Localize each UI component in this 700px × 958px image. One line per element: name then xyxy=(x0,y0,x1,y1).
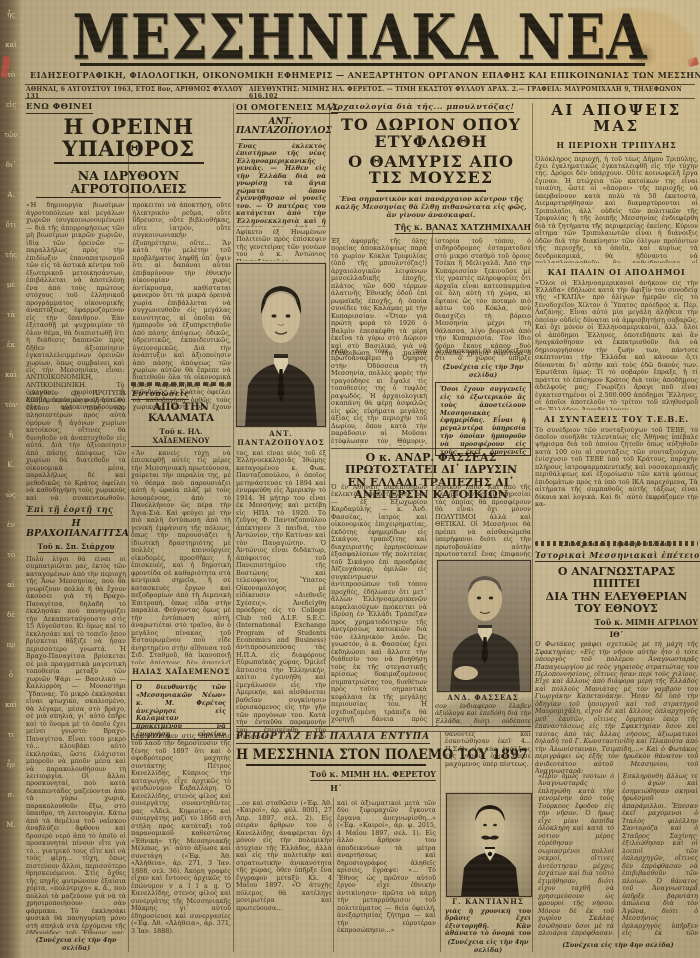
article-kalamata: Ἐντυπώσεις ΑΠΟ ΤΗΝ ΚΑΛΑΜΑΤΑ Τοῦ κ. ΗΛ. Χ… xyxy=(131,389,231,740)
article-apopseis: ΑΙ ΑΠΟΨΕΙΣ ΜΑΣ Η ΠΕΡΙΟΧΗ ΤΡΙΠΥΛΗΣ Ὁλόκλη… xyxy=(535,103,698,548)
squiggle-divider xyxy=(131,382,231,386)
newspaper-front-page: ἧς καὶ τὸ εἰς τῶν δι᾽ Α. ὅτι τῆς μὲ τὰ ἐ… xyxy=(0,0,700,958)
apopseis-body3: Τὸ συνέδριον τῶν συνταξιούχων τοῦ ΤΕΒΕ, … xyxy=(535,427,698,539)
column-rule xyxy=(532,103,533,952)
anag-continuation-right: (Συνέχεια εἰς τὴν 4ην σελίδα) xyxy=(538,941,698,949)
column-rule xyxy=(333,798,334,952)
apopseis-sub1: Η ΠΕΡΙΟΧΗ ΤΡΙΠΥΛΗΣ xyxy=(535,140,698,150)
apopseis-sub3: ΑΙ ΣΥΝΤΑΞΕΙΣ ΤΟΥ Τ.Ε.Β.Ε. xyxy=(535,414,698,424)
newspaper-title: ΜΕΣΣΗΝΙΑΚΑ ΝΕΑ xyxy=(41,1,678,72)
dorion-right-bottom: Αἱ ἀνασκαφαὶ θὰ ἀποδείξουν ὅτι ὁ χῶρος ὑ… xyxy=(435,348,531,456)
war1897-kicker: ΡΕΠΟΡΤΑΖ ΕΙΣ ΠΑΛΑΙΑ ΕΝΤΥΠΑ xyxy=(236,732,430,744)
vracho-continuation: (Συνέχεια εἰς τὴν 4ην σελίδα) xyxy=(26,936,126,952)
vracho-headline: Η ΒΡΑΧΟΠΑΝΑΓΙΤΣΑ xyxy=(26,519,126,539)
send-newspapers-box: Ὅσοι ἔχουν συγγενεῖς εἰς τὸ ἐξωτερικὸν ἂ… xyxy=(435,382,531,456)
man-portrait-young-suit xyxy=(237,264,325,426)
war1897-part: Η´ xyxy=(236,784,436,792)
article-vrachopanagitsa: Ἐπὶ τῇ ἑορτῇ της Η ΒΡΑΧΟΠΑΝΑΓΙΤΣΑ Τοῦ κ.… xyxy=(26,504,126,952)
lead-kicker: ΕΝΩ ΦΘΙΝΕΙ xyxy=(26,102,93,114)
war1897-col2: ...ον καὶ σταθῶσιν («Ἐφ. Ἀθ. «Καιροί», ἀ… xyxy=(236,800,332,952)
war1897-col1: Ἀμφιβάλλομεν στὶς ἀποικίαις τοῦ λαοῦ τὴν… xyxy=(131,733,231,952)
article-pantazopoulos: ΟΙ ΟΜΟΓΕΝΕΙΣ ΜΑΣ ΑΝΤ. ΠΑΝΤΑΖΟΠΟΥΛΟΣ Ἕνας… xyxy=(236,102,326,738)
war1897-headline: Η ΜΕΣΣΗΝΙΑ ΣΤΟΝ ΠΟΛΕΜΟ ΤΟΥ 1897 xyxy=(236,748,426,762)
masthead-rule xyxy=(80,63,645,66)
vracho-byline: Τοῦ κ. Σπ. Σιάρχου xyxy=(26,542,126,553)
anag-part: ΙΘ´ xyxy=(535,631,698,639)
anag-kicker: Ἱστορικαὶ Μεσσηνιακαὶ ἐπέτειοι xyxy=(535,550,700,562)
anag-headline-1: Ο ΑΝΑΓΝΩΣΤΑΡΑΣ ΠΙΠΤΕΙ xyxy=(535,566,698,589)
apopseis-body2: «Ὅλοι οἱ Ἑλληνοαμερικανοὶ ἀνήκουν εἰς τὴ… xyxy=(535,280,698,410)
newspaper-subtitle: ΕΙΔΗΣΕΟΓΡΑΦΙΚΗ, ΦΙΛΟΛΟΓΙΚΗ, ΟΙΚΟΝΟΜΙΚΗ Ε… xyxy=(30,70,675,80)
column-rule xyxy=(432,230,433,726)
dorion-headline-1: ΤΟ ΔΩΡΙΟΝ ΟΠΟΥ ΕΤΥΦΛΩΘΗ xyxy=(331,117,531,151)
apopseis-headline: ΑΙ ΑΠΟΨΕΙΣ ΜΑΣ xyxy=(535,103,698,135)
dorion-body: Ἐξ ἀφορμῆς τῆς ὅλης πορείας ἀποκαλύψεως … xyxy=(331,238,531,362)
kantianis-continuation: (Συνέχεια εἰς τὴν 4ην σελίδα) xyxy=(445,938,531,954)
anag-side-text: θανόντες καὶ ἐσκοτώθησαν ἐκεῖ· 4... Π.Σ.… xyxy=(445,731,531,791)
kalamata-body: «Ἂν κανεὶς τύχῃ νὰ ἐπισκεφθῇ αὐτὲς τὶς μ… xyxy=(131,450,231,664)
anag-body: Ὁ Φωτάκος γράφει σχετικῶς μὲ τὴ μάχη τῆς… xyxy=(535,641,698,779)
kalamata-headline: ΑΠΟ ΤΗΝ ΚΑΛΑΜΑΤΑ xyxy=(131,403,231,424)
scan-edge-strip: ἧς καὶ τὸ εἰς τῶν δι᾽ Α. ὅτι τῆς μὲ τὰ ἐ… xyxy=(0,0,22,958)
column-rule xyxy=(329,103,330,726)
pantaz-photo-caption: ΑΝΤ. ΠΑΝΤΑΖΟΠΟΥΛΟΣ xyxy=(236,429,326,447)
kalamata-byline: Τοῦ κ. ΗΛ. ΧΑΪΔΕΜΕΝΟΥ xyxy=(131,427,231,447)
kalamata-kicker: Ἐντυπώσεις xyxy=(131,389,189,400)
war1897-col3: καὶ οἱ ἀξιωματικοὶ μετὰ τῶν δύο ξιφομαχι… xyxy=(337,800,436,952)
dorion-deck: Ἕνα σημαντικὸν καὶ πανάρχαιον κέντρον τῆ… xyxy=(331,196,531,220)
column-rule xyxy=(440,731,441,952)
vracho-body: Πολὺ λίγοι θὰ εἶναι οἱ συμπατριῶται μας,… xyxy=(26,556,126,934)
article-war1897-header: ΡΕΠΟΡΤΑΖ ΕΙΣ ΠΑΛΑΙΑ ΕΝΤΥΠΑ Η ΜΕΣΣΗΝΙΑ ΣΤ… xyxy=(236,732,436,792)
kantianis-photo xyxy=(446,793,532,897)
fasseas-headline-1: Ο κ. ΑΝΔΡ. ΦΑΣΣΕΑΣ ΠΡΩΤΟΣΤΑΤΕΙ ΔΙ᾽ ΙΔΡΥΣ… xyxy=(331,452,531,475)
pantaz-headline: ΑΝΤ. ΠΑΝΤΑΖΟΠΟΥΛΟΣ xyxy=(236,118,326,137)
apopseis-sub2: ΚΑΙ ΠΑΛΙΝ ΟΙ ΑΠΟΔΗΜΟΙ xyxy=(535,267,698,277)
apopseis-body1: Ὁλόκληρος περιοχή, ἡ τοῦ τέως Δήμου Τριπ… xyxy=(535,156,698,263)
man-portrait-older-suit xyxy=(438,561,530,691)
pantaz-body-bottom: τος, καὶ εἶναι υἱὸς τοῦ ἐξ Ἑλληνοεκκλησι… xyxy=(236,450,326,738)
article-anagnostaras: Ἱστορικαὶ Μεσσηνιακαὶ ἐπέτειοι Ο ΑΝΑΓΝΩΣ… xyxy=(535,550,698,779)
dorion-headline-2: Ο ΘΑΜΥΡΙΣ ΑΠΟ ΤΙΣ ΜΟΥΣΕΣ xyxy=(331,154,531,188)
dorion-kicker: Ἀρχαιολογία διὰ τῆς... μπουλντόζας! xyxy=(331,102,514,113)
pantaz-body-top: Ἀφίκετο ἐξ Ἡνωμένων Πολιτειῶν πρὸς ἐπίσκ… xyxy=(236,229,326,261)
dorion-body-left-cont: «Ἀπὸ τότε ποὺ πρωτοαναφέρει ὁ Ὅμηρος στὴ… xyxy=(331,348,427,446)
fasseas-note: σον ἐνδιαφέρον ἔλαβεν ἀξιόλογα καὶ ἐπεδό… xyxy=(435,703,531,726)
fasseas-photo xyxy=(437,560,531,692)
column-rule xyxy=(128,150,129,952)
fasseas-body-col1: Ὁ ἐν Ἀθήναις παρεπιδημῶν ἐκλεκτὸς συμπατ… xyxy=(331,484,427,724)
article-dorion: Ἀρχαιολογία διὰ τῆς... μπουλντόζας! ΤΟ Δ… xyxy=(331,102,531,362)
dorion-pre-box: Αἱ ἀνασκαφαὶ θὰ ἀποδείξουν ὅτι ὁ χῶρος ὑ… xyxy=(435,348,531,363)
editor-trip-note: Ὁ διευθυντὴς τῶν «Μεσσηνιακῶν Νέων» κ. Μ… xyxy=(131,680,231,740)
lead-body-continued: ...λεχθοῦν εἰς ΠΡΟΤΥΠΑ ΧΩΡΙΑ, ὁποῖα ὡς μ… xyxy=(26,390,126,500)
fasseas-body-col2: ληνικὸν λαόν. Καὶ ἀπὸ τῆς πλευρᾶς αὐτῆς … xyxy=(435,484,531,558)
kantianis-photo-caption: Γ. ΚΑΝΤΙΑΝΗΣ xyxy=(446,897,530,906)
pantaz-kicker: ΟΙ ΟΜΟΓΕΝΕΙΣ ΜΑΣ xyxy=(236,102,338,114)
fasseas-photo-caption: ΑΝΔ. ΦΑΣΣΕΑΣ xyxy=(437,693,529,702)
dorion-continuation: (Συνέχεια εἰς τὴν 3ην σελίδα) xyxy=(435,363,531,379)
pantazopoulos-photo xyxy=(236,263,326,427)
anag-body2: «Πρὶν ὅμως τούτων ὁ Ἀναγνωσταρᾶς ἐπληγώθ… xyxy=(538,773,698,938)
war1897-byline: Τοῦ κ. ΜΙΜΗ ΗΛ. ΦΕΡΕΤΟΥ xyxy=(236,769,436,781)
kantianis-note: γιὰς ἡ χρονική του δρᾶσις ἔχει ἐξιστορηθ… xyxy=(445,908,531,936)
kalamata-signature: ΗΛΙΑΣ ΧΑΪΔΕΜΕΝΟΣ xyxy=(131,667,231,676)
man-portrait-1897-mustache xyxy=(447,794,531,896)
anag-headline-2: ΔΙΑ ΤΗΝ ΕΛΕΥΘΕΡΙΑΝ ΤΟΥ ΕΘΝΟΥΣ xyxy=(535,591,698,614)
pantaz-intro: Ἕνας ἐκλεκτὸς ἐπιστήμων τῆς νέας Ἑλληνοα… xyxy=(236,143,326,227)
red-pencil-mark-right xyxy=(687,57,699,67)
asterisk-divider xyxy=(535,541,698,546)
anag-byline: Τοῦ κ. ΜΙΜΗ ΑΓΡΙΛΟΥ xyxy=(535,617,698,629)
vracho-kicker: Ἐπὶ τῇ ἑορτῇ της xyxy=(26,504,113,516)
column-rule xyxy=(233,103,234,952)
dorion-byline: Τῆς κ. ΒΑΝΑΣ ΧΑΤΖΗΜΙΧΑΛΗ xyxy=(331,222,531,234)
